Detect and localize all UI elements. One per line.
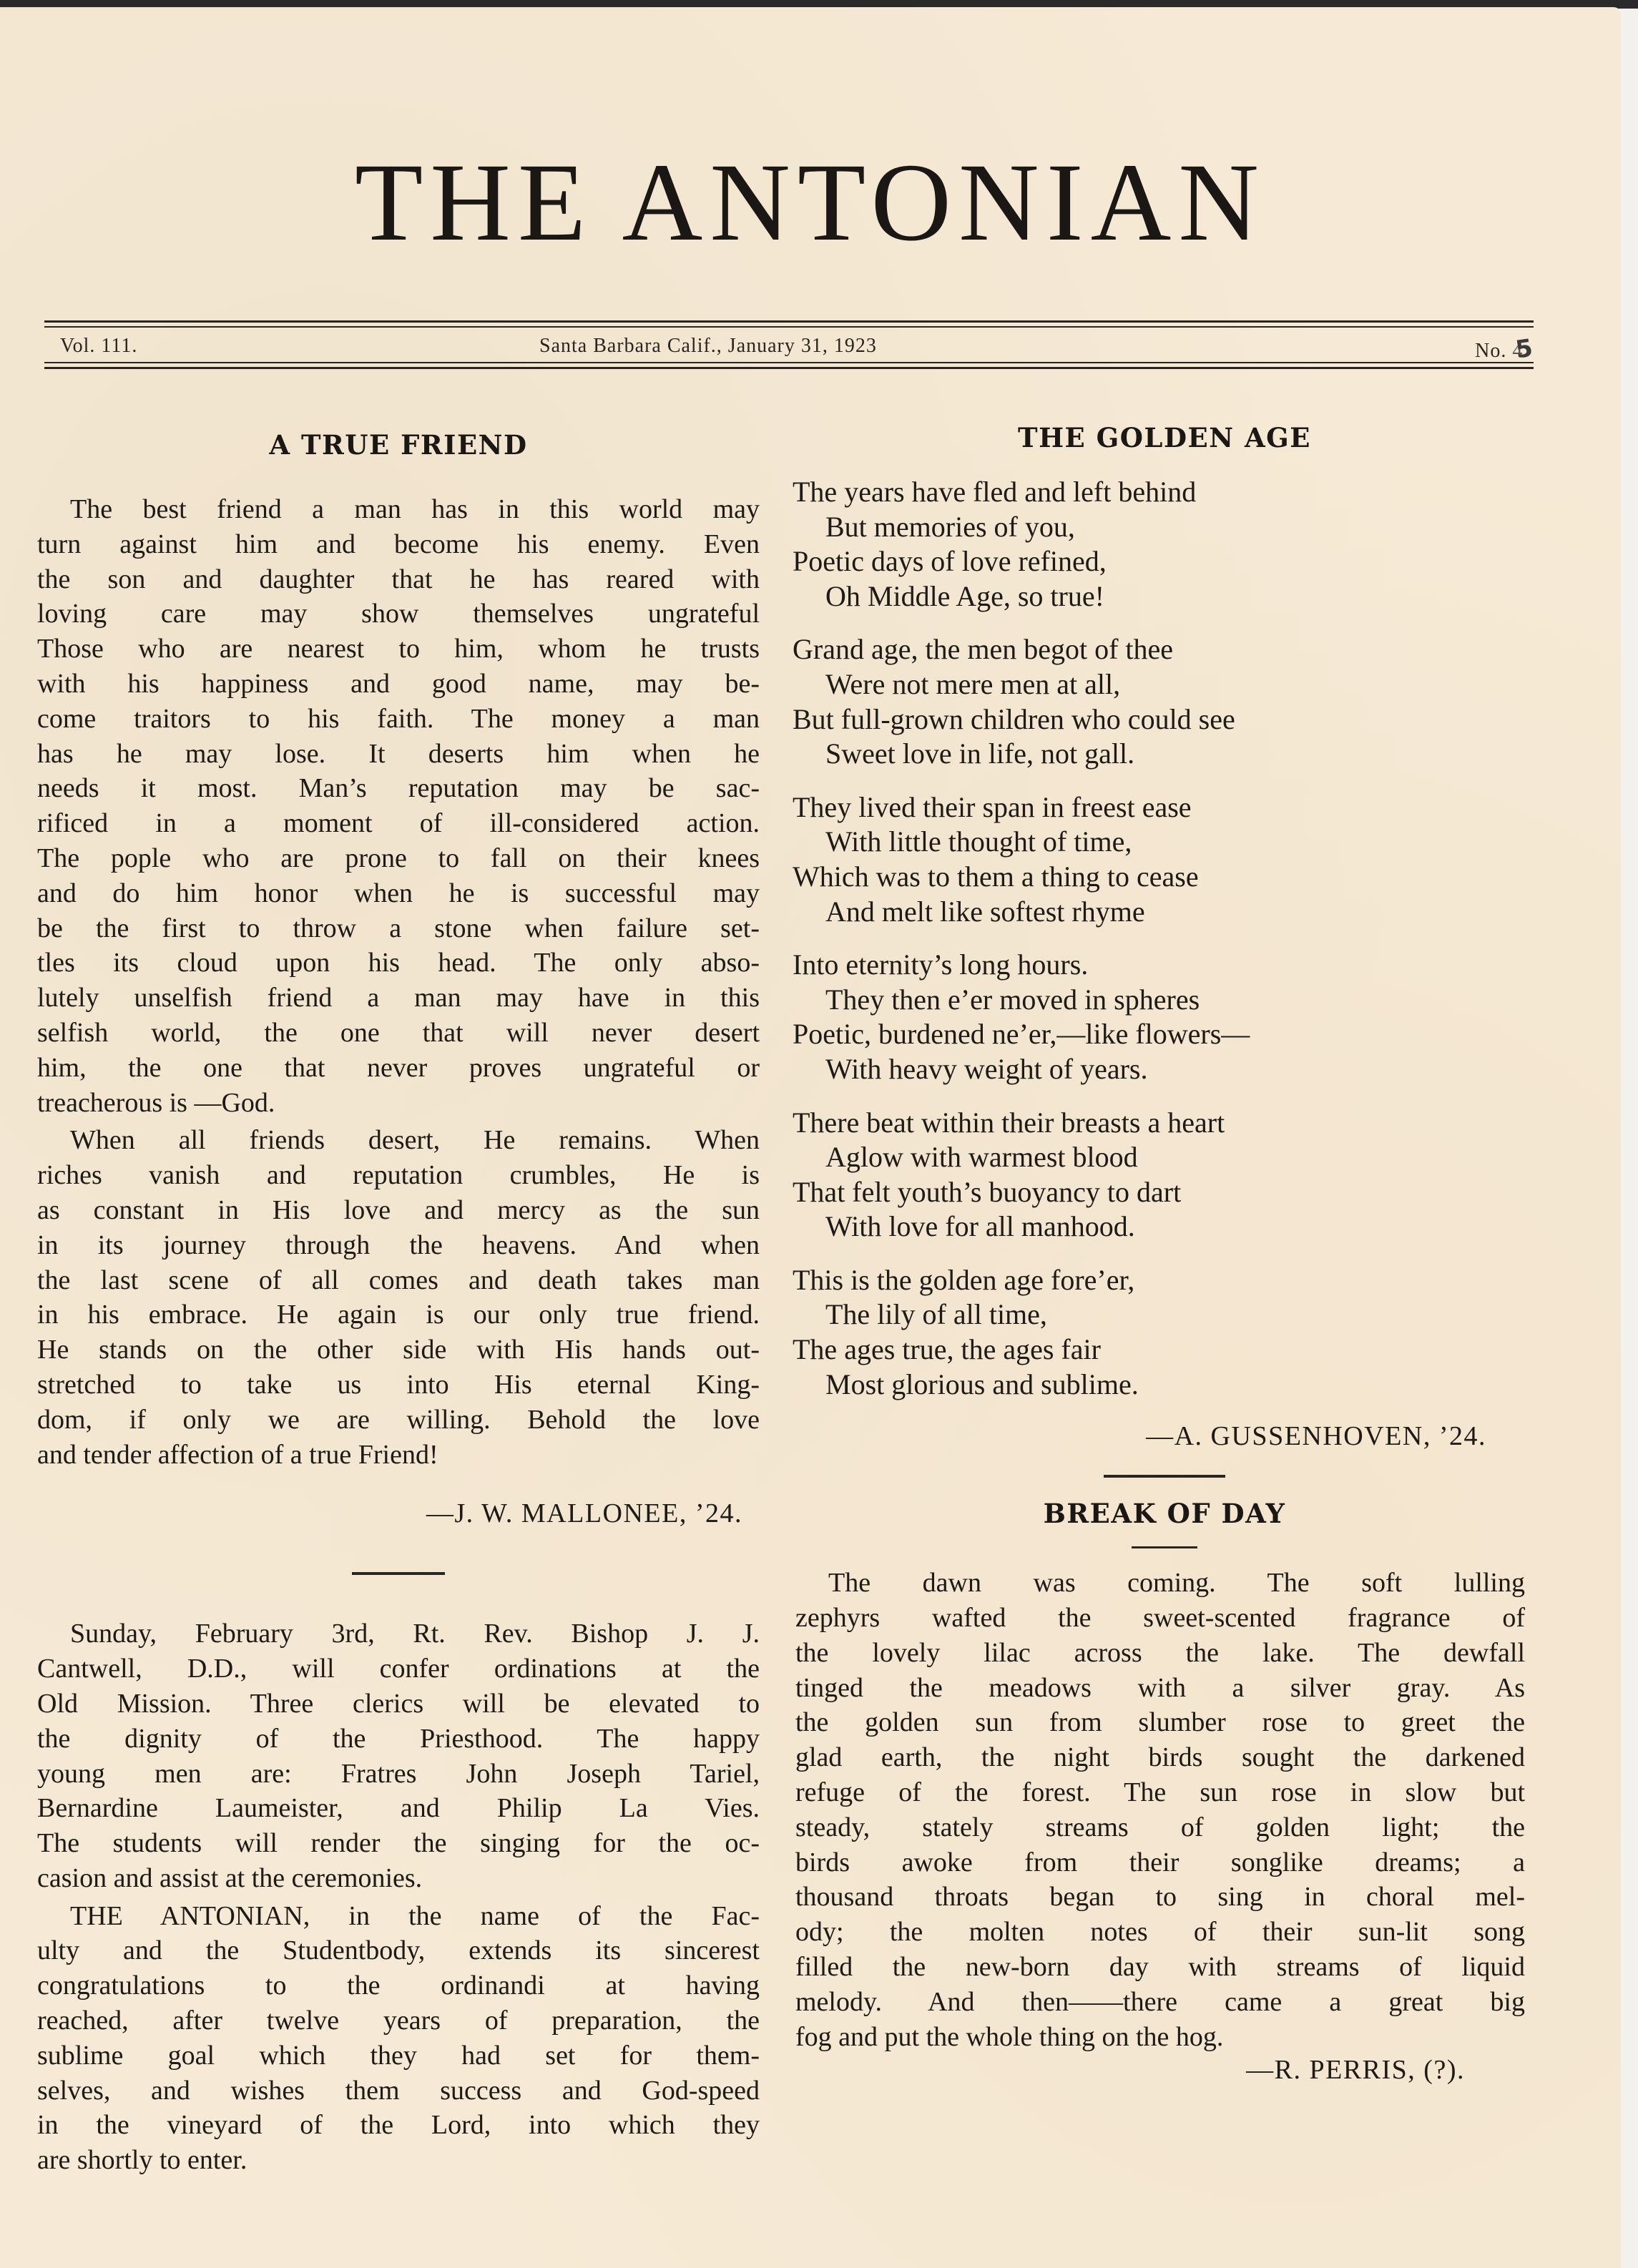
text-line: refuge of the forest. The sun rose in sl… (795, 1775, 1525, 1810)
article-paragraph: When all friends desert, He remains. Whe… (37, 1123, 760, 1472)
poem-line: Which was to them a thing to cease (793, 860, 1536, 895)
text-line: in his embrace. He again is our only tru… (37, 1297, 760, 1332)
poem-line: Into eternity’s long hours. (793, 948, 1536, 983)
text-line: casion and assist at the ceremonies. (37, 1861, 760, 1896)
poem-line: Most glorious and sublime. (793, 1368, 1536, 1403)
text-line: glad earth, the night birds sought the d… (795, 1740, 1525, 1775)
dateline-rule (44, 362, 1534, 363)
poem-line: The lily of all time, (793, 1297, 1536, 1332)
poem-line: They lived their span in freest ease (793, 790, 1536, 825)
dateline-rule (44, 367, 1534, 369)
section-divider (1104, 1475, 1225, 1478)
text-line: selves, and wishes them success and God-… (37, 2073, 760, 2109)
poem-line: The ages true, the ages fair (793, 1332, 1536, 1368)
poem-line: They then e’er moved in spheres (793, 983, 1536, 1018)
congratulations-paragraph: THE ANTONIAN, in the name of the Fac- ul… (37, 1899, 760, 2178)
text-line: as constant in His love and mercy as the… (37, 1193, 760, 1228)
text-line: the golden sun from slumber rose to gree… (795, 1705, 1525, 1740)
byline-perris: —R. PERRIS, (?). (793, 2054, 1536, 2086)
poem-line: This is the golden age fore’er, (793, 1263, 1536, 1298)
text-line: treacherous is —God. (37, 1086, 760, 1121)
poem-line: The years have fled and left behind (793, 475, 1536, 510)
poem-line: Grand age, the men begot of thee (793, 632, 1536, 667)
poem-stanza: They lived their span in freest ease Wit… (793, 790, 1536, 929)
text-line: tles its cloud upon his head. The only a… (37, 946, 760, 981)
text-line: steady, stately streams of golden light;… (795, 1810, 1525, 1845)
text-line: Those who are nearest to him, whom he tr… (37, 632, 760, 667)
text-line: The students will render the singing for… (37, 1826, 760, 1861)
text-line: the son and daughter that he has reared … (37, 562, 760, 597)
text-line: needs it most. Man’s reputation may be s… (37, 771, 760, 806)
announcement-paragraph: Sunday, February 3rd, Rt. Rev. Bishop J.… (37, 1616, 760, 1895)
text-line: ody; the molten notes of their sun-lit s… (795, 1915, 1525, 1950)
poem-stanza: There beat within their breasts a heart … (793, 1106, 1536, 1245)
text-line: in the vineyard of the Lord, into which … (37, 2108, 760, 2143)
byline-mallonee: —J. W. MALLONEE, ’24. (37, 1498, 760, 1529)
volume-label: Vol. 111. (60, 335, 137, 358)
masthead-title: THE ANTONIAN (0, 147, 1621, 258)
dateline-rule (44, 320, 1534, 323)
text-line: Old Mission. Three clerics will be eleva… (37, 1687, 760, 1722)
text-line: filled the new-born day with streams of … (795, 1950, 1525, 1985)
article-heading-true-friend: A TRUE FRIEND (37, 429, 760, 461)
text-line: The pople who are prone to fall on their… (37, 841, 760, 876)
text-line: turn against him and become his enemy. E… (37, 527, 760, 562)
poem-stanza: The years have fled and left behind But … (793, 475, 1536, 614)
poem-line: But memories of you, (793, 510, 1536, 545)
poem-stanza: This is the golden age fore’er, The lily… (793, 1263, 1536, 1402)
text-line: thousand throats began to sing in choral… (795, 1880, 1525, 1915)
article-break-of-day: The dawn was coming. The soft lulling ze… (795, 1566, 1536, 2054)
text-line: When all friends desert, He remains. Whe… (37, 1123, 760, 1158)
text-line: loving care may show themselves ungratef… (37, 597, 760, 632)
text-line: The best friend a man has in this world … (37, 492, 760, 527)
text-line: zephyrs wafted the sweet-scented fragran… (795, 1601, 1525, 1636)
text-line: him, the one that never proves ungratefu… (37, 1051, 760, 1086)
text-line: are shortly to enter. (37, 2143, 760, 2178)
text-line: The dawn was coming. The soft lulling (795, 1566, 1525, 1601)
poem-line: Poetic, burdened ne’er,—like flowers— (793, 1017, 1536, 1052)
text-line: fog and put the whole thing on the hog. (795, 2020, 1525, 2055)
issue-number: No. 45 (1475, 335, 1534, 363)
article-heading-break-of-day: BREAK OF DAY (793, 1498, 1536, 1529)
dateline-bar: Vol. 111. Santa Barbara Calif., January … (44, 320, 1534, 370)
poem-line: But full-grown children who could see (793, 702, 1536, 737)
text-line: rificed in a moment of ill-considered ac… (37, 806, 760, 841)
poem-stanza: Into eternity’s long hours. They then e’… (793, 948, 1536, 1086)
place-date: Santa Barbara Calif., January 31, 1923 (539, 335, 877, 358)
text-line: reached, after twelve years of preparati… (37, 2003, 760, 2038)
text-line: THE ANTONIAN, in the name of the Fac- (37, 1899, 760, 1934)
text-line: Cantwell, D.D., will confer ordinations … (37, 1651, 760, 1687)
text-line: the lovely lilac across the lake. The de… (795, 1636, 1525, 1671)
text-line: young men are: Fratres John Joseph Tarie… (37, 1757, 760, 1792)
text-line: the dignity of the Priesthood. The happy (37, 1722, 760, 1757)
poem-line: That felt youth’s buoyancy to dart (793, 1175, 1536, 1210)
poem-line: Sweet love in life, not gall. (793, 737, 1536, 772)
text-line: with his happiness and good name, may be… (37, 667, 760, 702)
text-line: sublime goal which they had set for them… (37, 2038, 760, 2073)
poem-stanza: Grand age, the men begot of thee Were no… (793, 632, 1536, 771)
text-line: Sunday, February 3rd, Rt. Rev. Bishop J.… (37, 1616, 760, 1651)
text-line: dom, if only we are willing. Behold the … (37, 1403, 760, 1438)
text-line: and do him honor when he is successful m… (37, 876, 760, 911)
text-line: lutely unselfish friend a man may have i… (37, 981, 760, 1016)
text-line: congratulations to the ordinandi at havi… (37, 1968, 760, 2003)
text-line: come traitors to his faith. The money a … (37, 702, 760, 737)
article-paragraph: The best friend a man has in this world … (37, 492, 760, 1120)
text-line: tinged the meadows with a silver gray. A… (795, 1671, 1525, 1706)
poem-line: Were not mere men at all, (793, 667, 1536, 702)
section-divider (352, 1572, 445, 1575)
text-line: riches vanish and reputation crumbles, H… (37, 1158, 760, 1193)
poem-line: Aglow with warmest blood (793, 1140, 1536, 1175)
poem-golden-age: The years have fled and left behind But … (793, 475, 1536, 1402)
poem-line: And melt like softest rhyme (793, 895, 1536, 930)
heading-underline (1132, 1546, 1197, 1548)
text-line: melody. And then——there came a great big (795, 1985, 1525, 2020)
text-line: be the first to throw a stone when failu… (37, 911, 760, 946)
issue-number-label: No. (1475, 340, 1506, 362)
dateline-rule (44, 326, 1534, 328)
newspaper-page: THE ANTONIAN Vol. 111. Santa Barbara Cal… (0, 7, 1621, 2268)
text-line: birds awoke from their songlike dreams; … (795, 1845, 1525, 1880)
text-line: stretched to take us into His eternal Ki… (37, 1368, 760, 1403)
text-line: selfish world, the one that will never d… (37, 1016, 760, 1051)
text-line: He stands on the other side with His han… (37, 1332, 760, 1368)
right-column: THE GOLDEN AGE The years have fled and l… (793, 422, 1536, 2086)
issue-number-handwritten: 5 (1514, 333, 1536, 364)
text-line: in its journey through the heavens. And … (37, 1228, 760, 1263)
text-line: and tender affection of a true Friend! (37, 1438, 760, 1473)
text-line: the last scene of all comes and death ta… (37, 1263, 760, 1298)
poem-line: Poetic days of love refined, (793, 544, 1536, 579)
text-line: ulty and the Studentbody, extends its si… (37, 1933, 760, 1968)
poem-line: Oh Middle Age, so true! (793, 579, 1536, 614)
byline-gussenhoven: —A. GUSSENHOVEN, ’24. (793, 1420, 1536, 1452)
poem-line: With love for all manhood. (793, 1209, 1536, 1245)
poem-line: With heavy weight of years. (793, 1052, 1536, 1087)
article-heading-golden-age: THE GOLDEN AGE (793, 422, 1536, 453)
left-column: A TRUE FRIEND The best friend a man has … (37, 429, 760, 2178)
text-line: has he may lose. It deserts him when he (37, 737, 760, 772)
text-line: Bernardine Laumeister, and Philip La Vie… (37, 1791, 760, 1826)
poem-line: With little thought of time, (793, 825, 1536, 860)
poem-line: There beat within their breasts a heart (793, 1106, 1536, 1141)
